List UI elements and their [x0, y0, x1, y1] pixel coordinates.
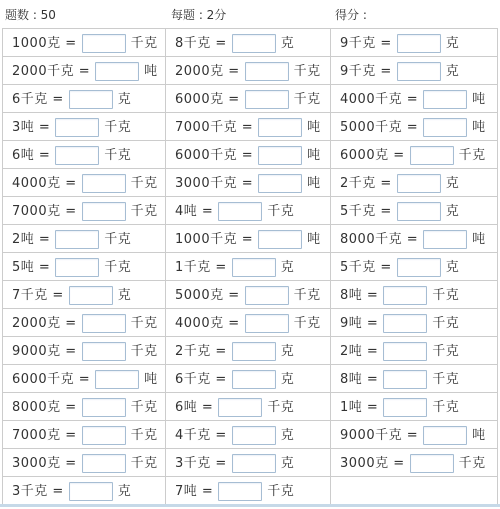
question-cell: 4吨 =千克 — [166, 197, 331, 225]
unit-label: 克 — [281, 372, 295, 387]
table-row: 6吨 =千克 6000千克 =吨 6000克 =千克 — [3, 141, 498, 169]
unit-label: 千克 — [294, 316, 321, 331]
unit-label: 克 — [281, 428, 295, 443]
answer-input[interactable] — [55, 146, 99, 165]
unit-label: 千克 — [131, 428, 158, 443]
answer-input[interactable] — [397, 62, 441, 81]
question-text: 6千克 = — [175, 372, 227, 387]
answer-input[interactable] — [55, 230, 99, 249]
question-text: 1000克 = — [12, 36, 77, 51]
unit-label: 克 — [446, 64, 460, 79]
unit-label: 吨 — [307, 120, 321, 135]
answer-input[interactable] — [232, 342, 276, 361]
question-text: 3千克 = — [175, 456, 227, 471]
question-text: 7000克 = — [12, 204, 77, 219]
question-cell: 5000克 =千克 — [166, 281, 331, 309]
answer-input[interactable] — [82, 174, 126, 193]
question-cell: 8吨 =千克 — [331, 365, 498, 393]
unit-label: 千克 — [104, 260, 131, 275]
table-row: 2000千克 =吨 2000克 =千克 9千克 =克 — [3, 57, 498, 85]
question-count-label: 题数 : 50 — [0, 6, 166, 23]
answer-input[interactable] — [232, 426, 276, 445]
question-text: 3000千克 = — [175, 176, 253, 191]
question-text: 1000千克 = — [175, 232, 253, 247]
question-cell: 6000千克 =吨 — [3, 365, 166, 393]
question-cell: 5千克 =克 — [331, 197, 498, 225]
question-text: 6吨 = — [175, 400, 213, 415]
answer-input[interactable] — [82, 454, 126, 473]
table-row: 7千克 =克 5000克 =千克 8吨 =千克 — [3, 281, 498, 309]
unit-label: 克 — [446, 36, 460, 51]
question-text: 2千克 = — [340, 176, 392, 191]
question-text: 8千克 = — [175, 36, 227, 51]
answer-input[interactable] — [69, 482, 113, 501]
answer-input[interactable] — [232, 258, 276, 277]
question-cell: 7000克 =千克 — [3, 421, 166, 449]
unit-label: 千克 — [131, 176, 158, 191]
question-cell: 6000克 =千克 — [331, 141, 498, 169]
question-text: 9000克 = — [12, 344, 77, 359]
question-text: 2千克 = — [175, 344, 227, 359]
unit-label: 千克 — [104, 120, 131, 135]
question-text: 4吨 = — [175, 204, 213, 219]
question-cell: 4千克 =克 — [166, 421, 331, 449]
question-text: 4000克 = — [175, 316, 240, 331]
answer-input[interactable] — [218, 482, 262, 501]
question-cell: 3吨 =千克 — [3, 113, 166, 141]
question-text: 3吨 = — [12, 120, 50, 135]
answer-input[interactable] — [423, 426, 467, 445]
unit-label: 千克 — [459, 148, 486, 163]
answer-input[interactable] — [410, 146, 454, 165]
answer-input[interactable] — [383, 286, 427, 305]
answer-input[interactable] — [383, 314, 427, 333]
unit-label: 克 — [446, 176, 460, 191]
worksheet-table: 1000克 =千克 8千克 =克 9千克 =克 2000千克 =吨 2000克 … — [2, 28, 498, 505]
unit-label: 千克 — [131, 400, 158, 415]
question-cell: 3千克 =克 — [166, 449, 331, 477]
question-text: 2000千克 = — [12, 64, 90, 79]
answer-input[interactable] — [397, 258, 441, 277]
unit-label: 克 — [281, 456, 295, 471]
answer-input[interactable] — [258, 174, 302, 193]
question-cell: 2000千克 =吨 — [3, 57, 166, 85]
unit-label: 千克 — [432, 400, 459, 415]
question-cell: 1吨 =千克 — [331, 393, 498, 421]
answer-input[interactable] — [245, 90, 289, 109]
question-cell: 2000克 =千克 — [166, 57, 331, 85]
question-text: 6千克 = — [12, 92, 64, 107]
per-question-score-label: 每题 : 2分 — [166, 6, 330, 23]
question-text: 8吨 = — [340, 372, 378, 387]
question-cell: 7000克 =千克 — [3, 197, 166, 225]
score-label: 得分 : — [330, 6, 500, 23]
answer-input[interactable] — [245, 62, 289, 81]
question-text: 5000千克 = — [340, 120, 418, 135]
table-row: 3吨 =千克 7000千克 =吨 5000千克 =吨 — [3, 113, 498, 141]
unit-label: 千克 — [131, 344, 158, 359]
question-text: 4000千克 = — [340, 92, 418, 107]
table-row: 6000千克 =吨 6千克 =克 8吨 =千克 — [3, 365, 498, 393]
answer-input[interactable] — [82, 34, 126, 53]
question-text: 5吨 = — [12, 260, 50, 275]
question-cell: 9000克 =千克 — [3, 337, 166, 365]
question-text: 6000千克 = — [175, 148, 253, 163]
unit-label: 千克 — [267, 204, 294, 219]
answer-input[interactable] — [82, 342, 126, 361]
answer-input[interactable] — [55, 258, 99, 277]
question-text: 6000克 = — [175, 92, 240, 107]
question-text: 2000克 = — [175, 64, 240, 79]
answer-input[interactable] — [258, 230, 302, 249]
table-row: 3千克 =克 7吨 =千克 — [3, 477, 498, 505]
answer-input[interactable] — [82, 426, 126, 445]
answer-input[interactable] — [245, 314, 289, 333]
question-text: 7吨 = — [175, 484, 213, 499]
unit-label: 吨 — [307, 148, 321, 163]
question-text: 8吨 = — [340, 288, 378, 303]
answer-input[interactable] — [383, 398, 427, 417]
question-text: 2吨 = — [340, 344, 378, 359]
question-cell: 7吨 =千克 — [166, 477, 331, 505]
question-cell: 9千克 =克 — [331, 29, 498, 57]
worksheet-body: 1000克 =千克 8千克 =克 9千克 =克 2000千克 =吨 2000克 … — [3, 29, 498, 505]
question-cell: 8000千克 =吨 — [331, 225, 498, 253]
unit-label: 千克 — [131, 316, 158, 331]
question-cell: 5000千克 =吨 — [331, 113, 498, 141]
question-cell: 3000千克 =吨 — [166, 169, 331, 197]
unit-label: 千克 — [104, 148, 131, 163]
unit-label: 吨 — [144, 64, 158, 79]
answer-input[interactable] — [397, 202, 441, 221]
question-text: 7000克 = — [12, 428, 77, 443]
table-row: 5吨 =千克 1千克 =克 5千克 =克 — [3, 253, 498, 281]
question-text: 8000克 = — [12, 400, 77, 415]
question-cell: 1000千克 =吨 — [166, 225, 331, 253]
question-cell: 4000克 =千克 — [166, 309, 331, 337]
bottom-divider — [0, 504, 500, 507]
answer-input[interactable] — [397, 34, 441, 53]
unit-label: 千克 — [131, 204, 158, 219]
empty-cell — [331, 477, 498, 505]
table-row: 6千克 =克 6000克 =千克 4000千克 =吨 — [3, 85, 498, 113]
question-cell: 9000千克 =吨 — [331, 421, 498, 449]
unit-label: 克 — [118, 92, 132, 107]
unit-label: 千克 — [267, 484, 294, 499]
answer-input[interactable] — [423, 118, 467, 137]
question-cell: 9吨 =千克 — [331, 309, 498, 337]
unit-label: 千克 — [131, 36, 158, 51]
question-cell: 7千克 =克 — [3, 281, 166, 309]
question-text: 9000千克 = — [340, 428, 418, 443]
answer-input[interactable] — [82, 314, 126, 333]
unit-label: 吨 — [307, 176, 321, 191]
unit-label: 吨 — [472, 232, 486, 247]
worksheet-header: 题数 : 50 每题 : 2分 得分 : — [0, 0, 500, 28]
answer-input[interactable] — [423, 90, 467, 109]
unit-label: 千克 — [294, 92, 321, 107]
question-text: 4000克 = — [12, 176, 77, 191]
answer-input[interactable] — [383, 342, 427, 361]
question-text: 3000克 = — [340, 456, 405, 471]
unit-label: 克 — [281, 36, 295, 51]
unit-label: 克 — [446, 260, 460, 275]
answer-input[interactable] — [232, 454, 276, 473]
answer-input[interactable] — [258, 146, 302, 165]
answer-input[interactable] — [258, 118, 302, 137]
answer-input[interactable] — [82, 202, 126, 221]
question-cell: 2000克 =千克 — [3, 309, 166, 337]
question-cell: 3000克 =千克 — [3, 449, 166, 477]
answer-input[interactable] — [218, 398, 262, 417]
question-cell: 6千克 =克 — [3, 85, 166, 113]
question-text: 2000克 = — [12, 316, 77, 331]
unit-label: 克 — [446, 204, 460, 219]
unit-label: 千克 — [294, 288, 321, 303]
question-cell: 6000千克 =吨 — [166, 141, 331, 169]
question-cell: 8吨 =千克 — [331, 281, 498, 309]
question-cell: 2吨 =千克 — [3, 225, 166, 253]
question-cell: 7000千克 =吨 — [166, 113, 331, 141]
unit-label: 吨 — [144, 372, 158, 387]
question-cell: 4000克 =千克 — [3, 169, 166, 197]
table-row: 9000克 =千克 2千克 =克 2吨 =千克 — [3, 337, 498, 365]
question-text: 9千克 = — [340, 36, 392, 51]
question-cell: 6吨 =千克 — [3, 141, 166, 169]
answer-input[interactable] — [69, 90, 113, 109]
answer-input[interactable] — [95, 62, 139, 81]
question-cell: 6千克 =克 — [166, 365, 331, 393]
question-text: 7千克 = — [12, 288, 64, 303]
unit-label: 千克 — [432, 288, 459, 303]
unit-label: 千克 — [294, 64, 321, 79]
unit-label: 克 — [118, 484, 132, 499]
question-cell: 1千克 =克 — [166, 253, 331, 281]
question-cell: 8000克 =千克 — [3, 393, 166, 421]
answer-input[interactable] — [423, 230, 467, 249]
question-text: 5千克 = — [340, 204, 392, 219]
question-cell: 5千克 =克 — [331, 253, 498, 281]
question-text: 1千克 = — [175, 260, 227, 275]
table-row: 4000克 =千克 3000千克 =吨 2千克 =克 — [3, 169, 498, 197]
answer-input[interactable] — [232, 370, 276, 389]
question-cell: 3000克 =千克 — [331, 449, 498, 477]
unit-label: 千克 — [432, 344, 459, 359]
question-text: 8000千克 = — [340, 232, 418, 247]
table-row: 1000克 =千克 8千克 =克 9千克 =克 — [3, 29, 498, 57]
table-row: 7000克 =千克 4吨 =千克 5千克 =克 — [3, 197, 498, 225]
question-cell: 3千克 =克 — [3, 477, 166, 505]
question-text: 3000克 = — [12, 456, 77, 471]
question-cell: 9千克 =克 — [331, 57, 498, 85]
question-cell: 2千克 =克 — [331, 169, 498, 197]
question-cell: 1000克 =千克 — [3, 29, 166, 57]
unit-label: 吨 — [472, 120, 486, 135]
question-cell: 8千克 =克 — [166, 29, 331, 57]
question-text: 2吨 = — [12, 232, 50, 247]
question-text: 6000千克 = — [12, 372, 90, 387]
question-cell: 2吨 =千克 — [331, 337, 498, 365]
unit-label: 克 — [281, 260, 295, 275]
unit-label: 千克 — [104, 232, 131, 247]
unit-label: 吨 — [472, 92, 486, 107]
table-row: 7000克 =千克 4千克 =克 9000千克 =吨 — [3, 421, 498, 449]
answer-input[interactable] — [218, 202, 262, 221]
question-cell: 6000克 =千克 — [166, 85, 331, 113]
question-cell: 2千克 =克 — [166, 337, 331, 365]
question-text: 9千克 = — [340, 64, 392, 79]
answer-input[interactable] — [397, 174, 441, 193]
question-text: 9吨 = — [340, 316, 378, 331]
question-text: 7000千克 = — [175, 120, 253, 135]
question-text: 3千克 = — [12, 484, 64, 499]
question-text: 6000克 = — [340, 148, 405, 163]
unit-label: 吨 — [472, 428, 486, 443]
unit-label: 吨 — [307, 232, 321, 247]
question-cell: 4000千克 =吨 — [331, 85, 498, 113]
unit-label: 千克 — [432, 316, 459, 331]
unit-label: 克 — [118, 288, 132, 303]
answer-input[interactable] — [232, 34, 276, 53]
answer-input[interactable] — [245, 286, 289, 305]
unit-label: 千克 — [432, 372, 459, 387]
unit-label: 千克 — [267, 400, 294, 415]
answer-input[interactable] — [55, 118, 99, 137]
table-row: 2000克 =千克 4000克 =千克 9吨 =千克 — [3, 309, 498, 337]
question-text: 4千克 = — [175, 428, 227, 443]
question-cell: 6吨 =千克 — [166, 393, 331, 421]
answer-input[interactable] — [69, 286, 113, 305]
question-text: 1吨 = — [340, 400, 378, 415]
answer-input[interactable] — [410, 454, 454, 473]
question-text: 5000克 = — [175, 288, 240, 303]
question-cell: 5吨 =千克 — [3, 253, 166, 281]
question-text: 6吨 = — [12, 148, 50, 163]
answer-input[interactable] — [82, 398, 126, 417]
table-row: 8000克 =千克 6吨 =千克 1吨 =千克 — [3, 393, 498, 421]
unit-label: 千克 — [459, 456, 486, 471]
unit-label: 克 — [281, 344, 295, 359]
answer-input[interactable] — [383, 370, 427, 389]
unit-label: 千克 — [131, 456, 158, 471]
table-row: 3000克 =千克 3千克 =克 3000克 =千克 — [3, 449, 498, 477]
table-row: 2吨 =千克 1000千克 =吨 8000千克 =吨 — [3, 225, 498, 253]
answer-input[interactable] — [95, 370, 139, 389]
question-text: 5千克 = — [340, 260, 392, 275]
